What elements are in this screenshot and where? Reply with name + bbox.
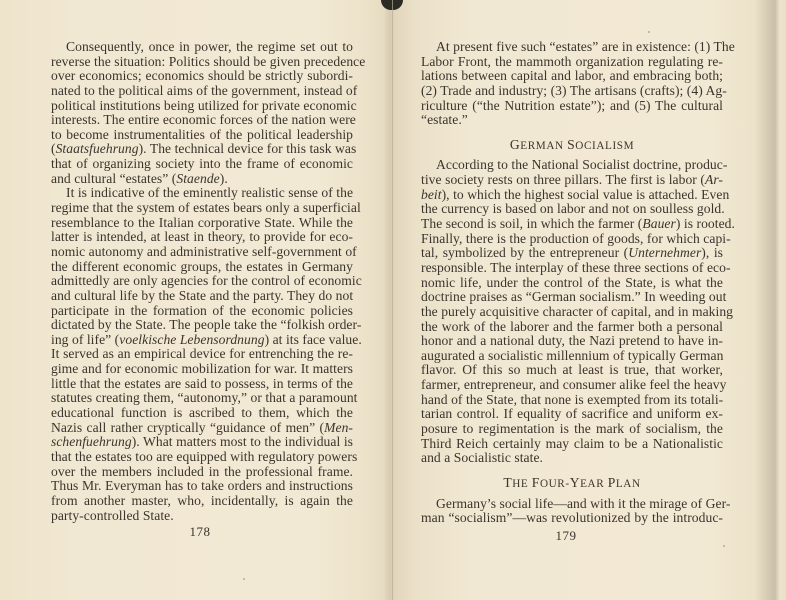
text-line: regime that the system of estates bears …	[51, 201, 353, 216]
page-number-left: 178	[170, 524, 230, 540]
section-heading-four-year-plan: THE FOUR-YEAR PLAN	[421, 476, 723, 491]
text-line: over the members included in the profess…	[51, 465, 353, 480]
text-line: “estate.”	[421, 113, 723, 128]
text-line: and a Socialistic state.	[421, 451, 723, 466]
text-line: posure to regimentation is the mark of s…	[421, 422, 723, 437]
text-line: beit), to which the highest social value…	[421, 188, 723, 203]
text-line: the different economic groups, the estat…	[51, 260, 353, 275]
text-line: dictated by the State. The people take t…	[51, 318, 353, 333]
text-line: tal, symbolized by the entrepreneur (Unt…	[421, 246, 723, 261]
text-line: honor and a national duty, the Nazi pret…	[421, 334, 723, 349]
text-line: educational function is ascribed to them…	[51, 406, 353, 421]
text-line: tarian control. If equality of sacrifice…	[421, 407, 723, 422]
text-line: interests. The entire economic forces of…	[51, 113, 353, 128]
text-line: nomic autonomy and administrative self-g…	[51, 245, 353, 260]
paragraph-five-estates: At present five such “estates” are in ex…	[421, 40, 723, 128]
text-line: The second is soil, in which the farmer …	[421, 217, 723, 232]
left-page: Consequently, once in power, the regime …	[51, 40, 353, 523]
page-number-right: 179	[536, 528, 596, 544]
text-line: riculture (“the Nutrition estate”); and …	[421, 99, 723, 114]
text-line-italic: ing of life” (voelkische Lebensordnung) …	[51, 333, 353, 348]
paper-speck	[723, 545, 725, 547]
text-line: resemblance to the Italian corporative S…	[51, 216, 353, 231]
text-line: Finally, there is the production of good…	[421, 232, 723, 247]
text-line: augurated a socialistic millennium of ty…	[421, 349, 723, 364]
text-line: According to the National Socialist doct…	[421, 158, 723, 173]
paragraph-four-year-plan: Germany’s social life—and with it the mi…	[421, 497, 723, 526]
text-line: from another master, who, incidentally, …	[51, 494, 353, 509]
text-line: and cultural life by the State and the p…	[51, 289, 353, 304]
text-line: that the estates too are equipped with r…	[51, 450, 353, 465]
text-line: Thus Mr. Everyman has to take orders and…	[51, 479, 353, 494]
text-line-italic: schenfuehrung). What matters most to the…	[51, 435, 353, 450]
text-line: participate in the formation of the econ…	[51, 304, 353, 319]
text-line: It is indicative of the eminently realis…	[51, 186, 353, 201]
paper-speck	[243, 578, 245, 580]
text-line-italic: and cultural “estates” (Staende).	[51, 172, 353, 187]
text-line: that of organizing society into the fram…	[51, 157, 353, 172]
right-page: At present five such “estates” are in ex…	[421, 40, 723, 526]
text-line: the work of the laborer and the farmer b…	[421, 320, 723, 335]
paper-speck	[648, 31, 650, 33]
text-line: (2) Trade and industry; (3) The artisans…	[421, 84, 723, 99]
text-line: man “socialism”—was revolutionized by th…	[421, 511, 723, 526]
text-line: At present five such “estates” are in ex…	[421, 40, 723, 55]
text-line: over economics; economics should be stri…	[51, 69, 353, 84]
section-heading-german-socialism: GERMAN SOCIALISM	[421, 138, 723, 153]
text-line: reverse the situation: Politics should b…	[51, 55, 353, 70]
text-line-italic: (Staatsfuehrung). The technical device f…	[51, 142, 353, 157]
book-gutter	[392, 0, 393, 600]
text-line: Germany’s social life—and with it the mi…	[421, 497, 723, 512]
text-line-italic: Nazis call rather cryptically “guidance …	[51, 421, 353, 436]
text-line: political institutions being utilized fo…	[51, 99, 353, 114]
paragraph-estates-system: It is indicative of the eminently realis…	[51, 186, 353, 523]
text-line: It served as an empirical device for ent…	[51, 347, 353, 362]
text-line: responsible. The interplay of these thre…	[421, 261, 723, 276]
text-line: admittedly are only agencies for the con…	[51, 274, 353, 289]
text-line: the currency is based on labor and not o…	[421, 202, 723, 217]
text-line: party-controlled State.	[51, 509, 353, 524]
text-line: gime and for economic mobilization for w…	[51, 362, 353, 377]
text-line: Labor Front, the mammoth organization re…	[421, 55, 723, 70]
text-line: hand of the State, that none is exempted…	[421, 393, 723, 408]
text-line: nomic life, under the control of the Sta…	[421, 276, 723, 291]
text-line: little that the estates are said to poss…	[51, 377, 353, 392]
text-line: lations between capital and labor, and e…	[421, 69, 723, 84]
book-spread: Consequently, once in power, the regime …	[0, 0, 786, 600]
text-line: farmer, entrepreneur, and consumer alike…	[421, 378, 723, 393]
text-line: the purely acquisitive character of capi…	[421, 305, 723, 320]
text-line: tive society rests on three pillars. The…	[421, 173, 723, 188]
text-line: to become instrumentalities of the polit…	[51, 128, 353, 143]
text-line: nated to the political aims of the gover…	[51, 84, 353, 99]
text-line: Third Reich certainly may claim to be a …	[421, 437, 723, 452]
paragraph-staatsfuehrung: Consequently, once in power, the regime …	[51, 40, 353, 186]
text-line: statutes creating them, “autonomy,” or t…	[51, 391, 353, 406]
text-line: latter is intended, at least in theory, …	[51, 230, 353, 245]
text-line: flavor. Of this so much at least is true…	[421, 363, 723, 378]
text-line: Consequently, once in power, the regime …	[51, 40, 353, 55]
paragraph-german-socialism: According to the National Socialist doct…	[421, 158, 723, 465]
text-line: doctrine praises as “German socialism.” …	[421, 290, 723, 305]
